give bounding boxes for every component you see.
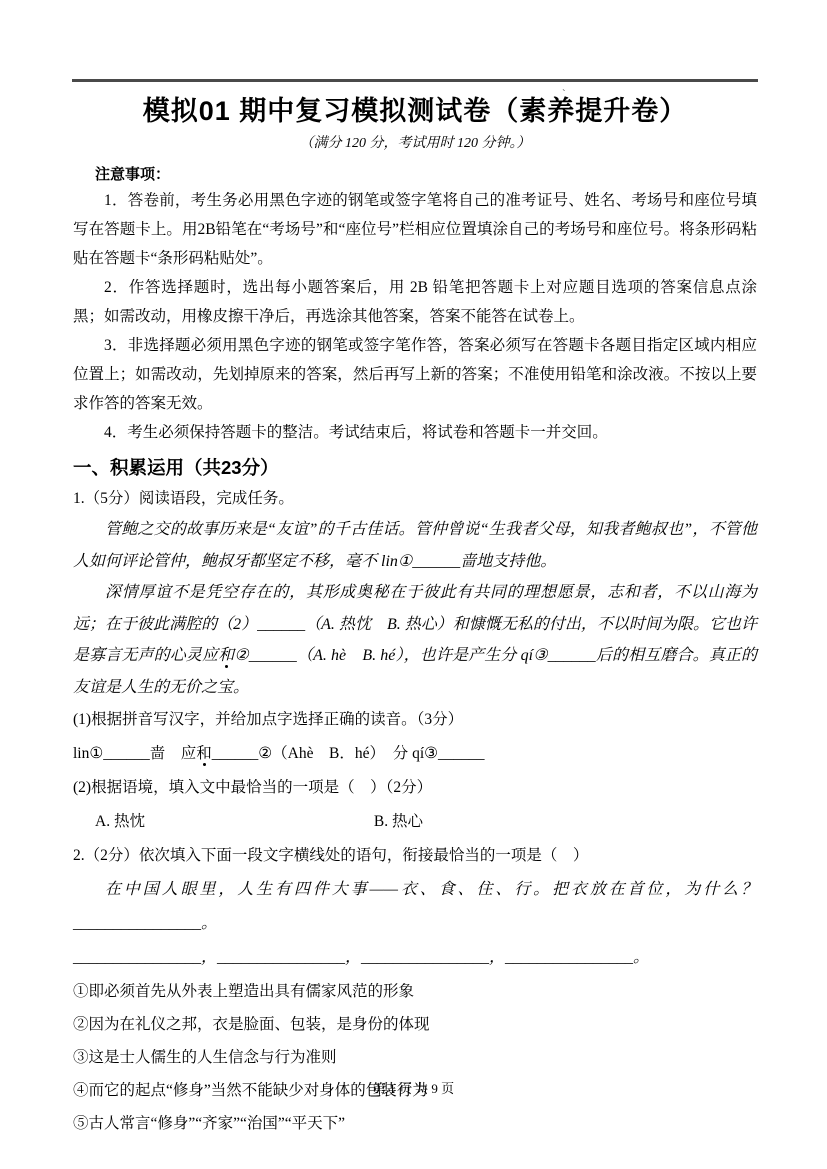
note-item: 4．考生必须保持答题卡的整洁。考试结束后，将试卷和答题卡一并交回。 — [73, 418, 757, 447]
emphasized-char: 和 — [196, 745, 212, 762]
page-footer: 第 1 页 共 9 页 — [0, 1080, 827, 1098]
q1-passage-1: 管鲍之交的故事历来是“友谊”的千古佳话。管仲曾说“生我者父母，知我者鲍叔也”，不… — [73, 514, 757, 577]
page-content: 模拟01 期中复习模拟测试卷（素养提升卷） （满分 120 分，考试用时 120… — [73, 94, 757, 1140]
q2-option: ①即必须首先从外表上塑造出具有儒家风范的形象 — [73, 975, 757, 1008]
q1-sub1-answer-line: lin①______啬 应和______②（Ahè B．hé） 分 qí③___… — [73, 737, 757, 771]
top-rule — [72, 79, 758, 82]
note-item: 3．非选择题必须用黑色字迹的钢笔或签字笔作答，答案必须写在答题卡各题目指定区域内… — [73, 331, 757, 418]
emphasized-char: 和 — [218, 647, 234, 664]
q1-option-a: A. 热忱 — [95, 805, 370, 839]
notes-heading: 注意事项： — [73, 164, 757, 186]
exam-page: ` 模拟01 期中复习模拟测试卷（素养提升卷） （满分 120 分，考试用时 1… — [0, 0, 827, 1169]
q1-sub2-stem: (2)根据语境，填入文中最恰当的一项是（ ）（2分） — [73, 771, 757, 805]
q2-option: ②因为在礼仪之邦，衣是脸面、包装，是身份的体现 — [73, 1008, 757, 1041]
note-item: 2．作答选择题时，选出每小题答案后，用 2B 铅笔把答题卡上对应题目选项的答案信… — [73, 273, 757, 331]
exam-subtitle: （满分 120 分，考试用时 120 分钟。） — [73, 135, 757, 153]
page-title: 模拟01 期中复习模拟测试卷（素养提升卷） — [73, 94, 757, 128]
q1-passage-2: 深情厚谊不是凭空存在的，其形成奥秘在于彼此有共同的理想愿景，志和者，不以山海为远… — [73, 577, 757, 703]
q1-stem: 1.（5分）阅读语段，完成任务。 — [73, 484, 757, 514]
note-item: 1．答卷前，考生务必用黑色字迹的钢笔或签字笔将自己的准考证号、姓名、考场号和座位… — [73, 186, 757, 273]
q1-sub2-options: A. 热忱 B. 热心 — [73, 805, 757, 839]
q2-blanks-line: ________________，________________，______… — [73, 941, 757, 975]
section-heading: 一、积累运用（共23分） — [73, 454, 757, 481]
q2-option: ③这是士人儒生的人生信念与行为准则 — [73, 1041, 757, 1074]
q1-option-b: B. 热心 — [374, 813, 423, 830]
q2-stem: 2.（2分）依次填入下面一段文字横线处的语句，衔接最恰当的一项是（ ） — [73, 839, 757, 873]
q2-option: ⑤古人常言“修身”“齐家”“治国”“平天下” — [73, 1107, 757, 1140]
q1-sub1-stem: (1)根据拼音写汉字，并给加点字选择正确的读音。（3分） — [73, 703, 757, 737]
q2-passage-line: 在中国人眼里，人生有四件大事——衣、食、住、行。把衣放在首位，为什么？_____… — [73, 873, 757, 941]
